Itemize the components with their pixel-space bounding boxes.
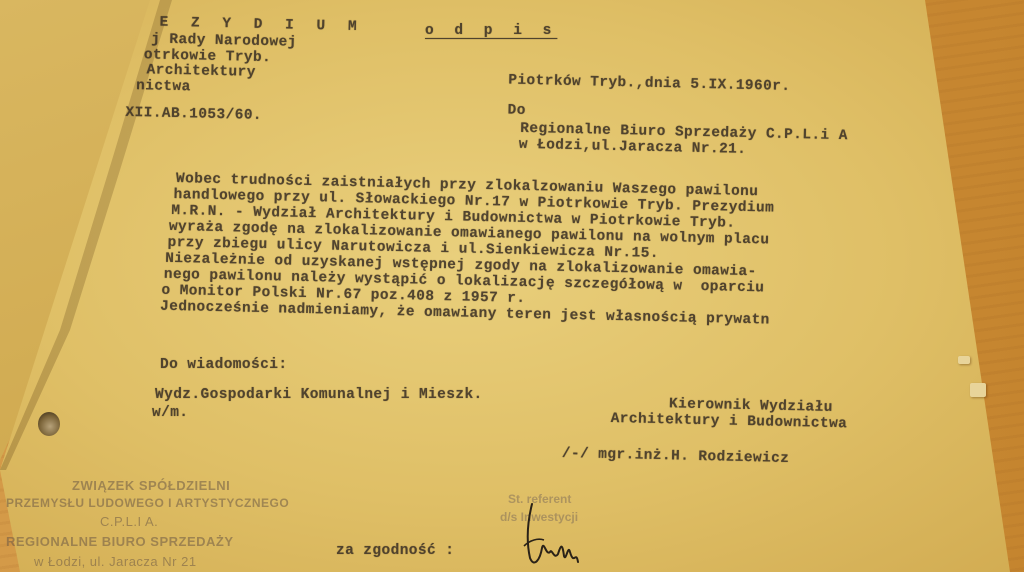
stamp-line: Regionalne Biuro Sprzedaży [6,534,234,549]
reference-number: XII.AB.1053/60. [125,106,262,124]
stamp-line: C.P.L.i A. [100,514,158,529]
stamp-line: Przemysłu Ludowego i Artystycznego [6,496,289,510]
heading-odpis: o d p i s [425,24,557,39]
page-edge-tab [970,383,986,397]
handwritten-signature-icon [520,500,590,572]
punch-hole-icon [38,412,60,436]
cc-line: w/m. [152,406,188,421]
certification-label: za zgodność : [336,544,454,559]
cc-label: Do wiadomości: [160,358,287,373]
cc-line: Wydz.Gospodarki Komunalnej i Mieszk. [155,388,483,403]
sender-line: nictwa [136,79,191,95]
stamp-line: Związek Spółdzielni [72,478,230,493]
page-edge-tab [958,356,970,364]
addressee-label: Do [507,104,526,119]
stamp-line: w Łodzi, ul. Jaracza Nr 21 [34,554,197,569]
